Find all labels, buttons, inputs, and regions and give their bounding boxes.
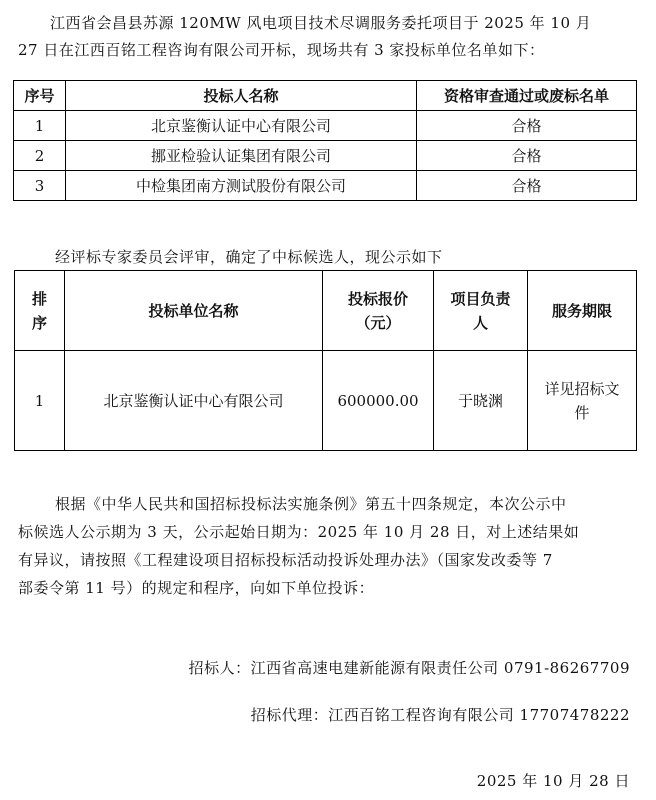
row-bidder-name: 挪亚检验认证集团有限公司: [66, 141, 417, 171]
bidders-table-header: 序号 投标人名称 资格审查通过或废标名单: [14, 81, 637, 111]
review-text: 经评标专家委员会评审，确定了中标候选人，现公示如下: [55, 244, 443, 271]
table-row: 1 北京鉴衡认证中心有限公司 600000.00 于晓渊 详见招标文 件: [15, 351, 637, 451]
row-status: 合格: [417, 141, 637, 171]
table-row: 2 挪亚检验认证集团有限公司 合格: [14, 141, 637, 171]
candidate-table: 排 序 投标单位名称 投标报价 （元） 项目负责 人 服务期限 1 北京鉴衡认证…: [14, 270, 637, 451]
header-bidder-name: 投标人名称: [66, 81, 417, 111]
row-project-manager: 于晓渊: [434, 351, 528, 451]
header-project-manager: 项目负责 人: [434, 271, 528, 351]
table-row: 1 北京鉴衡认证中心有限公司 合格: [14, 111, 637, 141]
candidate-table-header: 排 序 投标单位名称 投标报价 （元） 项目负责 人 服务期限: [15, 271, 637, 351]
row-status: 合格: [417, 171, 637, 201]
header-no: 序号: [14, 81, 66, 111]
notice-line-4: 部委令第 11 号）的规定和程序，向如下单位投诉：: [18, 575, 374, 602]
header-rank: 排 序: [15, 271, 65, 351]
row-rank: 1: [15, 351, 65, 451]
notice-line-2: 标候选人公示期为 3 天，公示起始日期为：2025 年 10 月 28 日，对上…: [18, 519, 579, 546]
row-status: 合格: [417, 111, 637, 141]
row-no: 3: [14, 171, 66, 201]
row-bidder-name: 北京鉴衡认证中心有限公司: [66, 111, 417, 141]
agent-contact: 招标代理：江西百铭工程咨询有限公司 17707478222: [251, 702, 630, 729]
intro-line-2: 27 日在江西百铭工程咨询有限公司开标，现场共有 3 家投标单位名单如下：: [18, 37, 544, 64]
header-unit-name: 投标单位名称: [65, 271, 323, 351]
header-bid-price: 投标报价 （元）: [323, 271, 434, 351]
notice-line-1: 根据《中华人民共和国招标投标法实施条例》第五十四条规定，本次公示中: [55, 491, 567, 518]
notice-line-3: 有异议，请按照《工程建设项目招标投标活动投诉处理办法》（国家发改委等 7: [18, 547, 553, 574]
notice-date: 2025 年 10 月 28 日: [477, 768, 630, 795]
intro-line-1: 江西省会昌县苏源 120MW 风电项目技术尽调服务委托项目于 2025 年 10…: [50, 10, 591, 37]
tenderer-contact: 招标人：江西省高速电建新能源有限责任公司 0791-86267709: [189, 655, 630, 682]
row-service-period: 详见招标文 件: [528, 351, 637, 451]
bidders-table: 序号 投标人名称 资格审查通过或废标名单 1 北京鉴衡认证中心有限公司 合格 2…: [13, 80, 637, 201]
table-row: 3 中检集团南方测试股份有限公司 合格: [14, 171, 637, 201]
header-service-period: 服务期限: [528, 271, 637, 351]
header-qualification: 资格审查通过或废标名单: [417, 81, 637, 111]
row-no: 2: [14, 141, 66, 171]
row-bidder-name: 中检集团南方测试股份有限公司: [66, 171, 417, 201]
row-no: 1: [14, 111, 66, 141]
row-unit-name: 北京鉴衡认证中心有限公司: [65, 351, 323, 451]
row-bid-price: 600000.00: [323, 351, 434, 451]
